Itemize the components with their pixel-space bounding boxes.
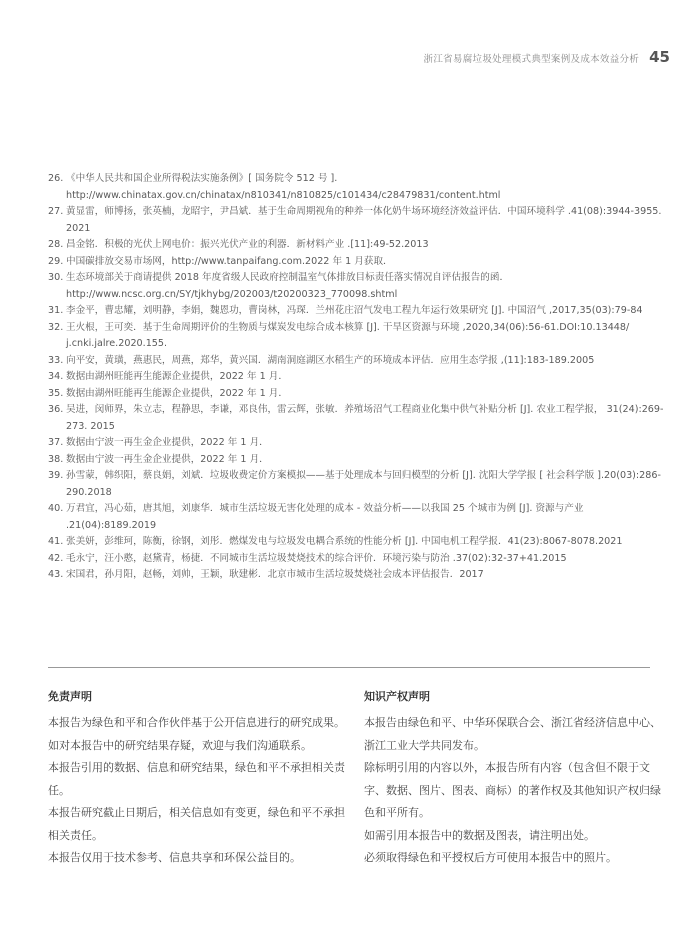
reference-number: 33. <box>48 353 66 370</box>
reference-number: 40. <box>48 501 66 534</box>
reference-text: 毛永宁，汪小憨，赵黛青，杨捷．不同城市生活垃圾焚烧技术的综合评价．环境污染与防治… <box>66 551 668 568</box>
reference-item: 32.王火根，王可奕．基于生命周期评价的生物质与煤炭发电综合成本核算 [J]. … <box>48 320 668 353</box>
reference-text: 宋国君，孙月阳，赵畅，刘帅，王颖，耿建彬．北京市城市生活垃圾焚烧社会成本评估报告… <box>66 567 668 584</box>
reference-item: 29.中国碳排放交易市场网，http://www.tanpaifang.com.… <box>48 254 668 271</box>
disclaimer-paragraph: 本报告研究截止日期后，相关信息如有变更，绿色和平不承担相关责任。 <box>48 802 348 847</box>
reference-number: 41. <box>48 534 66 551</box>
reference-number: 27. <box>48 204 66 237</box>
reference-number: 37. <box>48 435 66 452</box>
reference-text: 李金平，曹忠耀，刘明静，李娟，魏恩功，曹岗林，冯琛．兰州花庄沼气发电工程九年运行… <box>66 303 668 320</box>
ip-statement-title: 知识产权声明 <box>364 688 664 704</box>
reference-item: 26.《中华人民共和国企业所得税法实施条例》[ 国务院令 512 号 ]. ht… <box>48 171 668 204</box>
reference-number: 35. <box>48 386 66 403</box>
reference-item: 40.万君宜，冯心茹，唐其旭，刘康华．城市生活垃圾无害化处理的成本 - 效益分析… <box>48 501 668 534</box>
reference-item: 36.吴进，闵师界，朱立志，程静思，李谦，邓良伟，雷云辉，张敏．养殖场沼气工程商… <box>48 402 668 435</box>
reference-number: 43. <box>48 567 66 584</box>
reference-text: 孙雪蒙，韩织阳，蔡良娟，刘斌．垃圾收费定价方案模拟——基于处理成本与回归模型的分… <box>66 468 668 501</box>
reference-text: 王火根，王可奕．基于生命周期评价的生物质与煤炭发电综合成本核算 [J]. 干旱区… <box>66 320 668 353</box>
reference-number: 32. <box>48 320 66 353</box>
reference-text: 《中华人民共和国企业所得税法实施条例》[ 国务院令 512 号 ]. http:… <box>66 171 668 204</box>
reference-text: 吴进，闵师界，朱立志，程静思，李谦，邓良伟，雷云辉，张敏．养殖场沼气工程商业化集… <box>66 402 668 435</box>
reference-number: 30. <box>48 270 66 303</box>
page-number: 45 <box>649 48 670 66</box>
disclaimer-paragraph: 本报告引用的数据、信息和研究结果，绿色和平不承担相关责任。 <box>48 757 348 802</box>
reference-item: 34.数据由湖州旺能再生能源企业提供，2022 年 1 月． <box>48 369 668 386</box>
report-title: 浙江省易腐垃圾处理模式典型案例及成本效益分析 <box>424 51 640 65</box>
disclaimer-paragraph: 本报告为绿色和平和合作伙伴基于公开信息进行的研究成果。如对本报告中的研究结果存疑… <box>48 712 348 757</box>
reference-text: 向平安，黄璜，燕惠民，周燕，郑华，黄兴国．湖南洞庭湖区水稻生产的环境成本评估．应… <box>66 353 668 370</box>
reference-number: 36. <box>48 402 66 435</box>
reference-number: 26. <box>48 171 66 204</box>
reference-item: 31.李金平，曹忠耀，刘明静，李娟，魏恩功，曹岗林，冯琛．兰州花庄沼气发电工程九… <box>48 303 668 320</box>
reference-number: 31. <box>48 303 66 320</box>
reference-item: 33.向平安，黄璜，燕惠民，周燕，郑华，黄兴国．湖南洞庭湖区水稻生产的环境成本评… <box>48 353 668 370</box>
disclaimer-paragraph: 本报告仅用于技术参考、信息共享和环保公益目的。 <box>48 847 348 870</box>
reference-number: 42. <box>48 551 66 568</box>
reference-number: 28. <box>48 237 66 254</box>
ip-statement-paragraph: 本报告由绿色和平、中华环保联合会、浙江省经济信息中心、浙江工业大学共同发布。 <box>364 712 664 757</box>
reference-text: 张美妍，彭维珂，陈衡，徐钢，刘彤．燃煤发电与垃圾发电耦合系统的性能分析 [J].… <box>66 534 668 551</box>
reference-item: 35.数据由湖州旺能再生能源企业提供，2022 年 1 月． <box>48 386 668 403</box>
reference-item: 27.黄显雷，师博扬，张英楠，龙昭宇，尹昌斌．基于生命周期视角的种养一体化奶牛场… <box>48 204 668 237</box>
reference-text: 生态环境部关于商请提供 2018 年度省级人民政府控制温室气体排放目标责任落实情… <box>66 270 668 303</box>
reference-number: 38. <box>48 452 66 469</box>
reference-number: 29. <box>48 254 66 271</box>
reference-item: 30.生态环境部关于商请提供 2018 年度省级人民政府控制温室气体排放目标责任… <box>48 270 668 303</box>
reference-item: 42.毛永宁，汪小憨，赵黛青，杨捷．不同城市生活垃圾焚烧技术的综合评价．环境污染… <box>48 551 668 568</box>
reference-item: 37.数据由宁波一再生金企业提供，2022 年 1 月． <box>48 435 668 452</box>
reference-text: 中国碳排放交易市场网，http://www.tanpaifang.com.202… <box>66 254 668 271</box>
ip-statement-section: 知识产权声明 本报告由绿色和平、中华环保联合会、浙江省经济信息中心、浙江工业大学… <box>364 688 664 870</box>
reference-text: 数据由宁波一再生金企业提供，2022 年 1 月． <box>66 435 668 452</box>
reference-item: 41.张美妍，彭维珂，陈衡，徐钢，刘彤．燃煤发电与垃圾发电耦合系统的性能分析 [… <box>48 534 668 551</box>
reference-item: 43.宋国君，孙月阳，赵畅，刘帅，王颖，耿建彬．北京市城市生活垃圾焚烧社会成本评… <box>48 567 668 584</box>
reference-text: 黄显雷，师博扬，张英楠，龙昭宇，尹昌斌．基于生命周期视角的种养一体化奶牛场环境经… <box>66 204 668 237</box>
reference-list: 26.《中华人民共和国企业所得税法实施条例》[ 国务院令 512 号 ]. ht… <box>48 171 668 584</box>
reference-number: 39. <box>48 468 66 501</box>
ip-statement-paragraph: 除标明引用的内容以外，本报告所有内容（包含但不限于文字、数据、图片、图表、商标）… <box>364 757 664 825</box>
reference-text: 数据由宁波一再生金企业提供，2022 年 1 月． <box>66 452 668 469</box>
reference-text: 昌金铭．积极的光伏上网电价：振兴光伏产业的利器．新材料产业 .[11]:49-5… <box>66 237 668 254</box>
section-divider <box>48 667 650 668</box>
disclaimer-title: 免责声明 <box>48 688 348 704</box>
disclaimer-section: 免责声明 本报告为绿色和平和合作伙伴基于公开信息进行的研究成果。如对本报告中的研… <box>48 688 348 870</box>
reference-item: 28.昌金铭．积极的光伏上网电价：振兴光伏产业的利器．新材料产业 .[11]:4… <box>48 237 668 254</box>
ip-statement-paragraph: 必须取得绿色和平授权后方可使用本报告中的照片。 <box>364 847 664 870</box>
reference-text: 数据由湖州旺能再生能源企业提供，2022 年 1 月． <box>66 386 668 403</box>
reference-number: 34. <box>48 369 66 386</box>
ip-statement-paragraph: 如需引用本报告中的数据及图表，请注明出处。 <box>364 825 664 848</box>
reference-item: 38.数据由宁波一再生金企业提供，2022 年 1 月． <box>48 452 668 469</box>
reference-text: 数据由湖州旺能再生能源企业提供，2022 年 1 月． <box>66 369 668 386</box>
page-header: 浙江省易腐垃圾处理模式典型案例及成本效益分析 45 <box>424 48 670 66</box>
reference-text: 万君宜，冯心茹，唐其旭，刘康华．城市生活垃圾无害化处理的成本 - 效益分析——以… <box>66 501 668 534</box>
reference-item: 39.孙雪蒙，韩织阳，蔡良娟，刘斌．垃圾收费定价方案模拟——基于处理成本与回归模… <box>48 468 668 501</box>
